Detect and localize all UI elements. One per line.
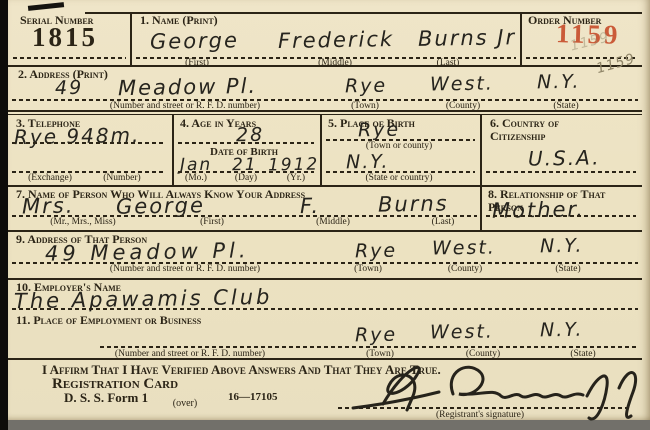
contact-address-cap-county: (County) (448, 264, 482, 274)
citizenship-dotted-line (486, 171, 636, 173)
address-cap-state: (State) (553, 101, 578, 111)
rule-row2-bottom-double (8, 114, 642, 115)
citizenship-label: 6. Country of Citizenship (490, 117, 610, 142)
contact-cap-middle: (Middle) (316, 217, 350, 227)
divider-serial-name (130, 12, 132, 65)
telephone-handwriting: Rye 948m. (14, 123, 141, 149)
draft-registration-card-scan: Serial Number 1815 1. Name (Print) Georg… (0, 0, 650, 430)
address-number-handwriting: 49 (55, 77, 84, 99)
telephone-cap-number: (Number) (103, 173, 140, 183)
divider-birth-citizen (480, 114, 482, 185)
address-cap-county: (County) (446, 101, 480, 111)
telephone-dotted-line-1 (12, 142, 165, 144)
contact-last-handwriting: Burns (378, 191, 449, 216)
name-cap-middle: (Middle) (318, 58, 352, 68)
address-cap-number: (Number and street or R. F. D. number) (110, 101, 260, 111)
dob-cap-mo: (Mo.) (185, 173, 207, 183)
name-label: 1. Name (Print) (140, 14, 218, 27)
citizenship-handwriting: U.S.A. (528, 145, 601, 170)
employment-state-handwriting: N.Y. (540, 319, 584, 342)
name-cap-first: (First) (185, 58, 209, 68)
contact-address-town-handwriting: Rye (355, 240, 398, 263)
divider-contact-relationship (480, 185, 482, 230)
employment-dotted-line (100, 346, 638, 348)
contact-address-cap-town: (Town) (354, 264, 382, 274)
contact-address-cap-number: (Number and street or R. F. D. number) (110, 264, 260, 274)
address-state-handwriting: N.Y. (537, 71, 581, 94)
divider-age-birth (320, 114, 322, 185)
birthplace-town-handwriting: Rye (358, 119, 401, 142)
birthplace-cap-town: (Town or county) (366, 141, 432, 151)
address-cap-town: (Town) (351, 101, 379, 111)
footer-form-number: D. S. S. Form 1 (64, 391, 148, 405)
contact-address-county-handwriting: West. (432, 236, 496, 259)
address-county-handwriting: West. (430, 72, 494, 95)
address-street-handwriting: Meadow Pl. (118, 74, 258, 100)
serial-number-value: 1815 (32, 22, 98, 53)
scan-edge-left (0, 0, 8, 430)
contact-cap-last: (Last) (432, 217, 455, 227)
employment-county-handwriting: West. (430, 320, 494, 343)
footer-over-note: (over) (173, 398, 197, 409)
relationship-handwriting: Mother. (492, 197, 585, 223)
footer-print-code: 16—17105 (228, 392, 278, 404)
employment-cap-number: (Number and street or R. F. D. number) (115, 349, 265, 359)
rule-row2-bottom (8, 110, 642, 112)
age-dotted-line (178, 142, 314, 144)
telephone-cap-exchange: (Exchange) (28, 173, 72, 183)
birthplace-state-handwriting: N.Y. (346, 151, 390, 174)
dob-cap-day: (Day) (235, 173, 257, 183)
name-cap-last: (Last) (437, 58, 460, 68)
employment-label: 11. Place of Employment or Business (16, 314, 201, 327)
employer-dotted-line (12, 308, 638, 310)
name-middle-handwriting: Frederick (278, 27, 394, 53)
birthplace-cap-state: (State or country) (365, 173, 432, 183)
name-last-handwriting: Burns Jr (418, 25, 517, 51)
registrant-signature (335, 352, 650, 430)
contact-cap-title: (Mr., Mrs., Miss) (50, 217, 115, 227)
relationship-dotted-line (486, 215, 636, 217)
contact-address-cap-state: (State) (555, 264, 580, 274)
divider-tel-age (172, 114, 174, 185)
contact-cap-first: (First) (200, 217, 224, 227)
contact-address-dotted-line (12, 262, 638, 264)
name-first-handwriting: George (150, 28, 239, 54)
divider-name-order (520, 12, 522, 65)
contact-address-state-handwriting: N.Y. (540, 235, 584, 258)
address-dotted-line (12, 99, 638, 101)
serial-dotted-line (13, 57, 126, 59)
employment-town-handwriting: Rye (355, 324, 398, 347)
address-town-handwriting: Rye (345, 75, 388, 98)
dob-cap-yr: (Yr.) (287, 173, 305, 183)
